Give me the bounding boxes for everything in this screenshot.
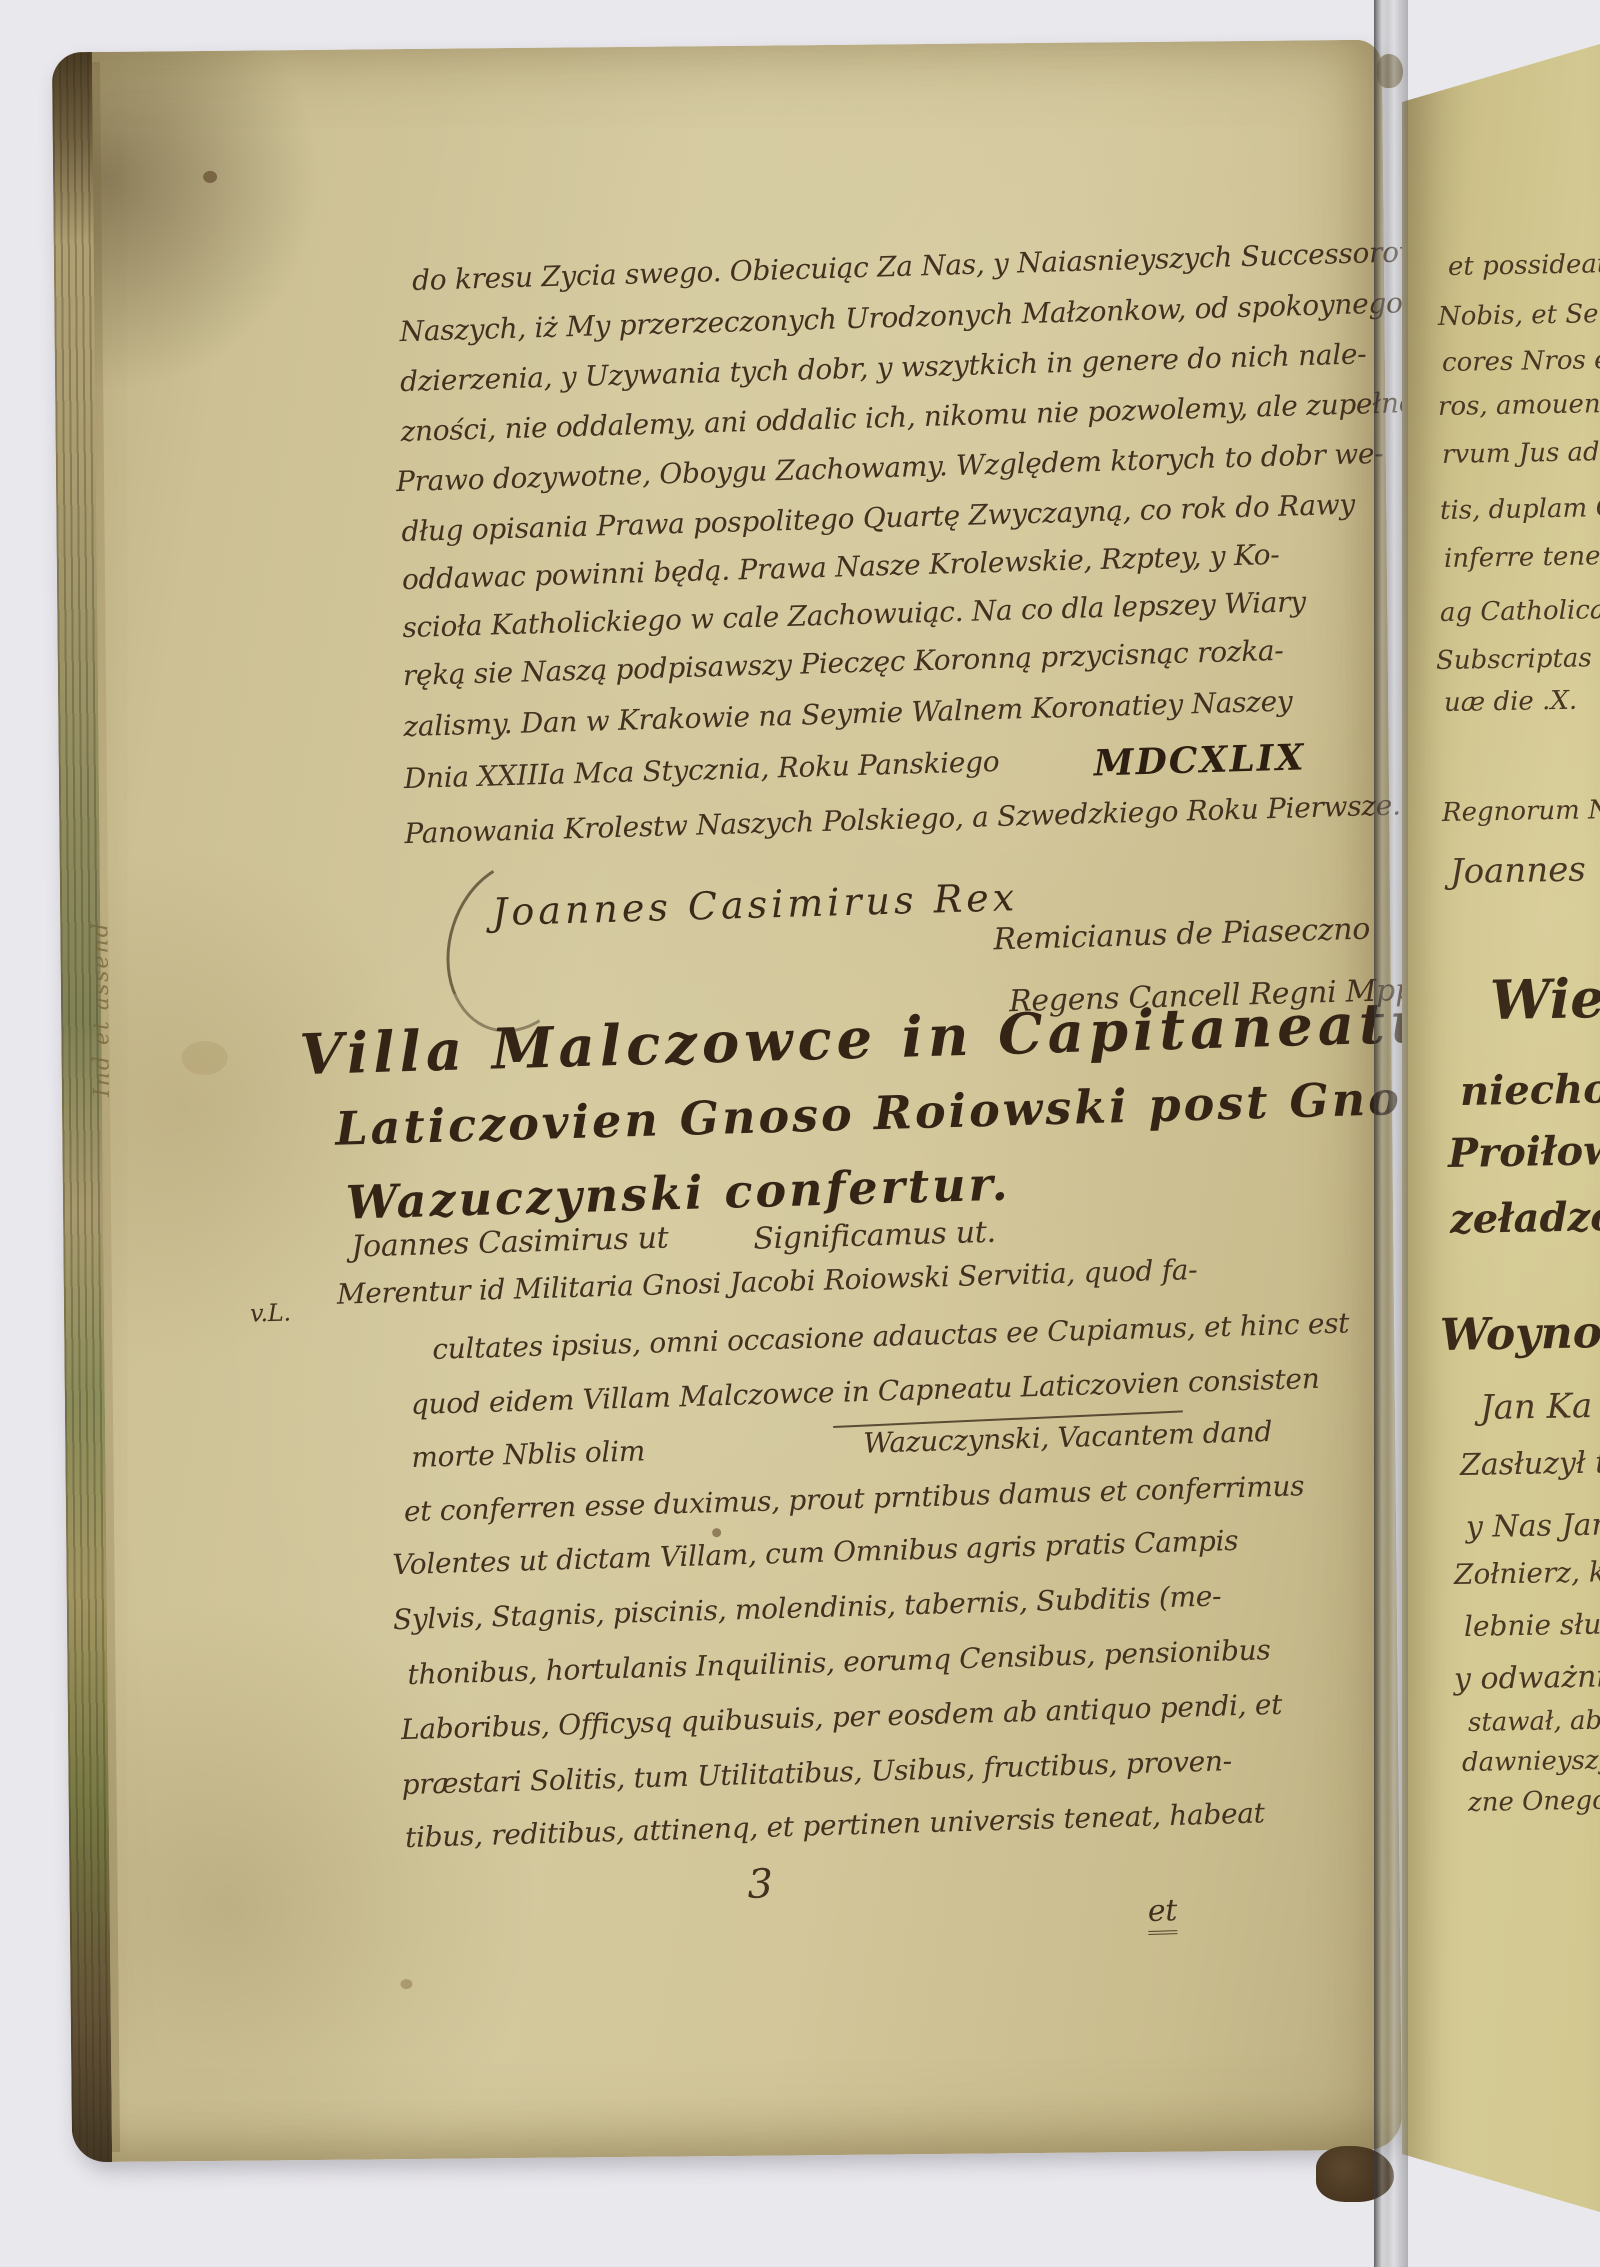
manuscript-left-page: do kresu Zycia swego. Obiecuiąc Za Nas, … bbox=[52, 40, 1402, 2163]
manuscript-line: zne Onego Z bbox=[1468, 1785, 1600, 1818]
margin-note: v.L. bbox=[250, 1298, 292, 1327]
manuscript-line: stawał, aby s bbox=[1468, 1705, 1600, 1738]
secretary-signature: Remicianus de Piaseczno bbox=[993, 912, 1370, 958]
manuscript-line: Merentur id Militaria Gnosi Jacobi Roiow… bbox=[336, 1253, 1197, 1311]
manuscript-line: rvum Jus ad bbox=[1442, 437, 1600, 470]
manuscript-line: ag Catholicæ bbox=[1440, 595, 1600, 628]
entry-heading-line: zeładzon bbox=[1450, 1193, 1600, 1243]
manuscript-line: ros, amouendi bbox=[1438, 389, 1600, 422]
manuscript-line: zalismy. Dan w Krakowie na Seymie Walnem… bbox=[403, 684, 1293, 743]
manuscript-line: y Nas Jan bbox=[1466, 1507, 1600, 1545]
scan-background: do kresu Zycia swego. Obiecuiąc Za Nas, … bbox=[0, 0, 1600, 2267]
entry-heading-line: Proiłows bbox=[1448, 1127, 1600, 1177]
manuscript-line: tis, duplam Q bbox=[1440, 493, 1600, 526]
catchword: et bbox=[1147, 1893, 1177, 1929]
manuscript-year: MDCXLIX bbox=[1093, 736, 1306, 784]
manuscript-line: tibus, reditibus, attinenq, et pertinen … bbox=[405, 1796, 1265, 1854]
manuscript-line: inferre tenebi bbox=[1444, 541, 1600, 574]
manuscript-line: et possideat a bbox=[1448, 249, 1600, 282]
manuscript-line: Naszych, iż My przerzeczonych Urodzonych… bbox=[399, 286, 1403, 348]
manuscript-line: Joannes bbox=[1450, 850, 1586, 892]
manuscript-line: thonibus, hortulanis Inquilinis, eorumq … bbox=[407, 1633, 1271, 1691]
manuscript-line: y odważnie bbox=[1454, 1659, 1600, 1697]
manuscript-line: uæ die .X. bbox=[1444, 686, 1578, 718]
manuscript-line: dzierzenia, y Uzywania tych dobr, y wszy… bbox=[400, 337, 1367, 398]
margin-note-vertical: Ind et assend bbox=[88, 921, 115, 1097]
manuscript-line: zności, nie oddalemy, ani oddalic ich, n… bbox=[400, 386, 1415, 448]
manuscript-line: Nobis, et Sere bbox=[1438, 299, 1600, 332]
ink-stain bbox=[203, 171, 217, 183]
entry-heading-line: Woynow bbox=[1440, 1307, 1600, 1361]
manuscript-line: Zasłuzył to bbox=[1460, 1445, 1600, 1483]
paper-stain bbox=[400, 1979, 412, 1989]
manuscript-line: Panowania Krolestw Naszych Polskiego, a … bbox=[404, 788, 1401, 850]
manuscript-line: Zołnierz, ktor bbox=[1454, 1555, 1600, 1591]
paper-stain bbox=[181, 1041, 227, 1075]
entry-heading-line: niechows bbox=[1460, 1064, 1600, 1115]
manuscript-line: cultates ipsius, omni occasione adauctas… bbox=[432, 1306, 1350, 1365]
manuscript-line: do kresu Zycia swego. Obiecuiąc Za Nas, … bbox=[412, 235, 1423, 297]
manuscript-date-line: Dnia XXIIIa Mca Stycznia, Roku Panskiego bbox=[403, 745, 999, 795]
manuscript-line: Prawo dozywotne, Oboygu Zachowamy. Wzglę… bbox=[396, 437, 1384, 498]
catchword-text: et bbox=[1147, 1893, 1177, 1935]
manuscript-right-page: et possideat a Nobis, et Sere cores Nros… bbox=[1402, 0, 1600, 2267]
manuscript-line: oddawac powinni będą. Prawa Nasze Krolew… bbox=[402, 538, 1280, 596]
manuscript-line: cores Nros eu bbox=[1442, 345, 1600, 378]
page-flourish: 3 bbox=[747, 1861, 773, 1908]
manuscript-line: quod eidem Villam Malczowce in Capneatu … bbox=[410, 1362, 1319, 1421]
book-press-bar bbox=[1374, 0, 1408, 2267]
manuscript-line: Sylvis, Stagnis, piscinis, molendinis, t… bbox=[392, 1579, 1221, 1636]
manuscript-line: Jan Ka bbox=[1480, 1386, 1593, 1428]
ink-dot bbox=[712, 1528, 721, 1537]
manuscript-line: Regnorum N bbox=[1442, 795, 1600, 828]
manuscript-line: lebnie służy bbox=[1464, 1607, 1600, 1643]
manuscript-line: Volentes ut dictam Villam, cum Omnibus a… bbox=[392, 1524, 1239, 1581]
manuscript-line: morte Nblis olim bbox=[411, 1434, 645, 1474]
manuscript-line: Laboribus, Officysq quibusuis, per eosde… bbox=[401, 1688, 1283, 1746]
manuscript-line: præstari Solitis, tum Utilitatibus, Usib… bbox=[401, 1744, 1232, 1801]
manuscript-line: Subscriptas bbox=[1436, 643, 1592, 676]
manuscript-line: et conferren esse duximus, prout prntibu… bbox=[403, 1469, 1304, 1528]
manuscript-line: scioła Katholickiego w cale Zachowuiąc. … bbox=[402, 585, 1306, 644]
entry-heading-line: Wies K bbox=[1489, 964, 1600, 1032]
manuscript-line: dawnieyszych s bbox=[1462, 1744, 1600, 1778]
manuscript-line: Significamus ut. bbox=[753, 1215, 996, 1257]
manuscript-line: ręką sie Naszą podpisawszy Pieczęc Koron… bbox=[402, 634, 1283, 692]
